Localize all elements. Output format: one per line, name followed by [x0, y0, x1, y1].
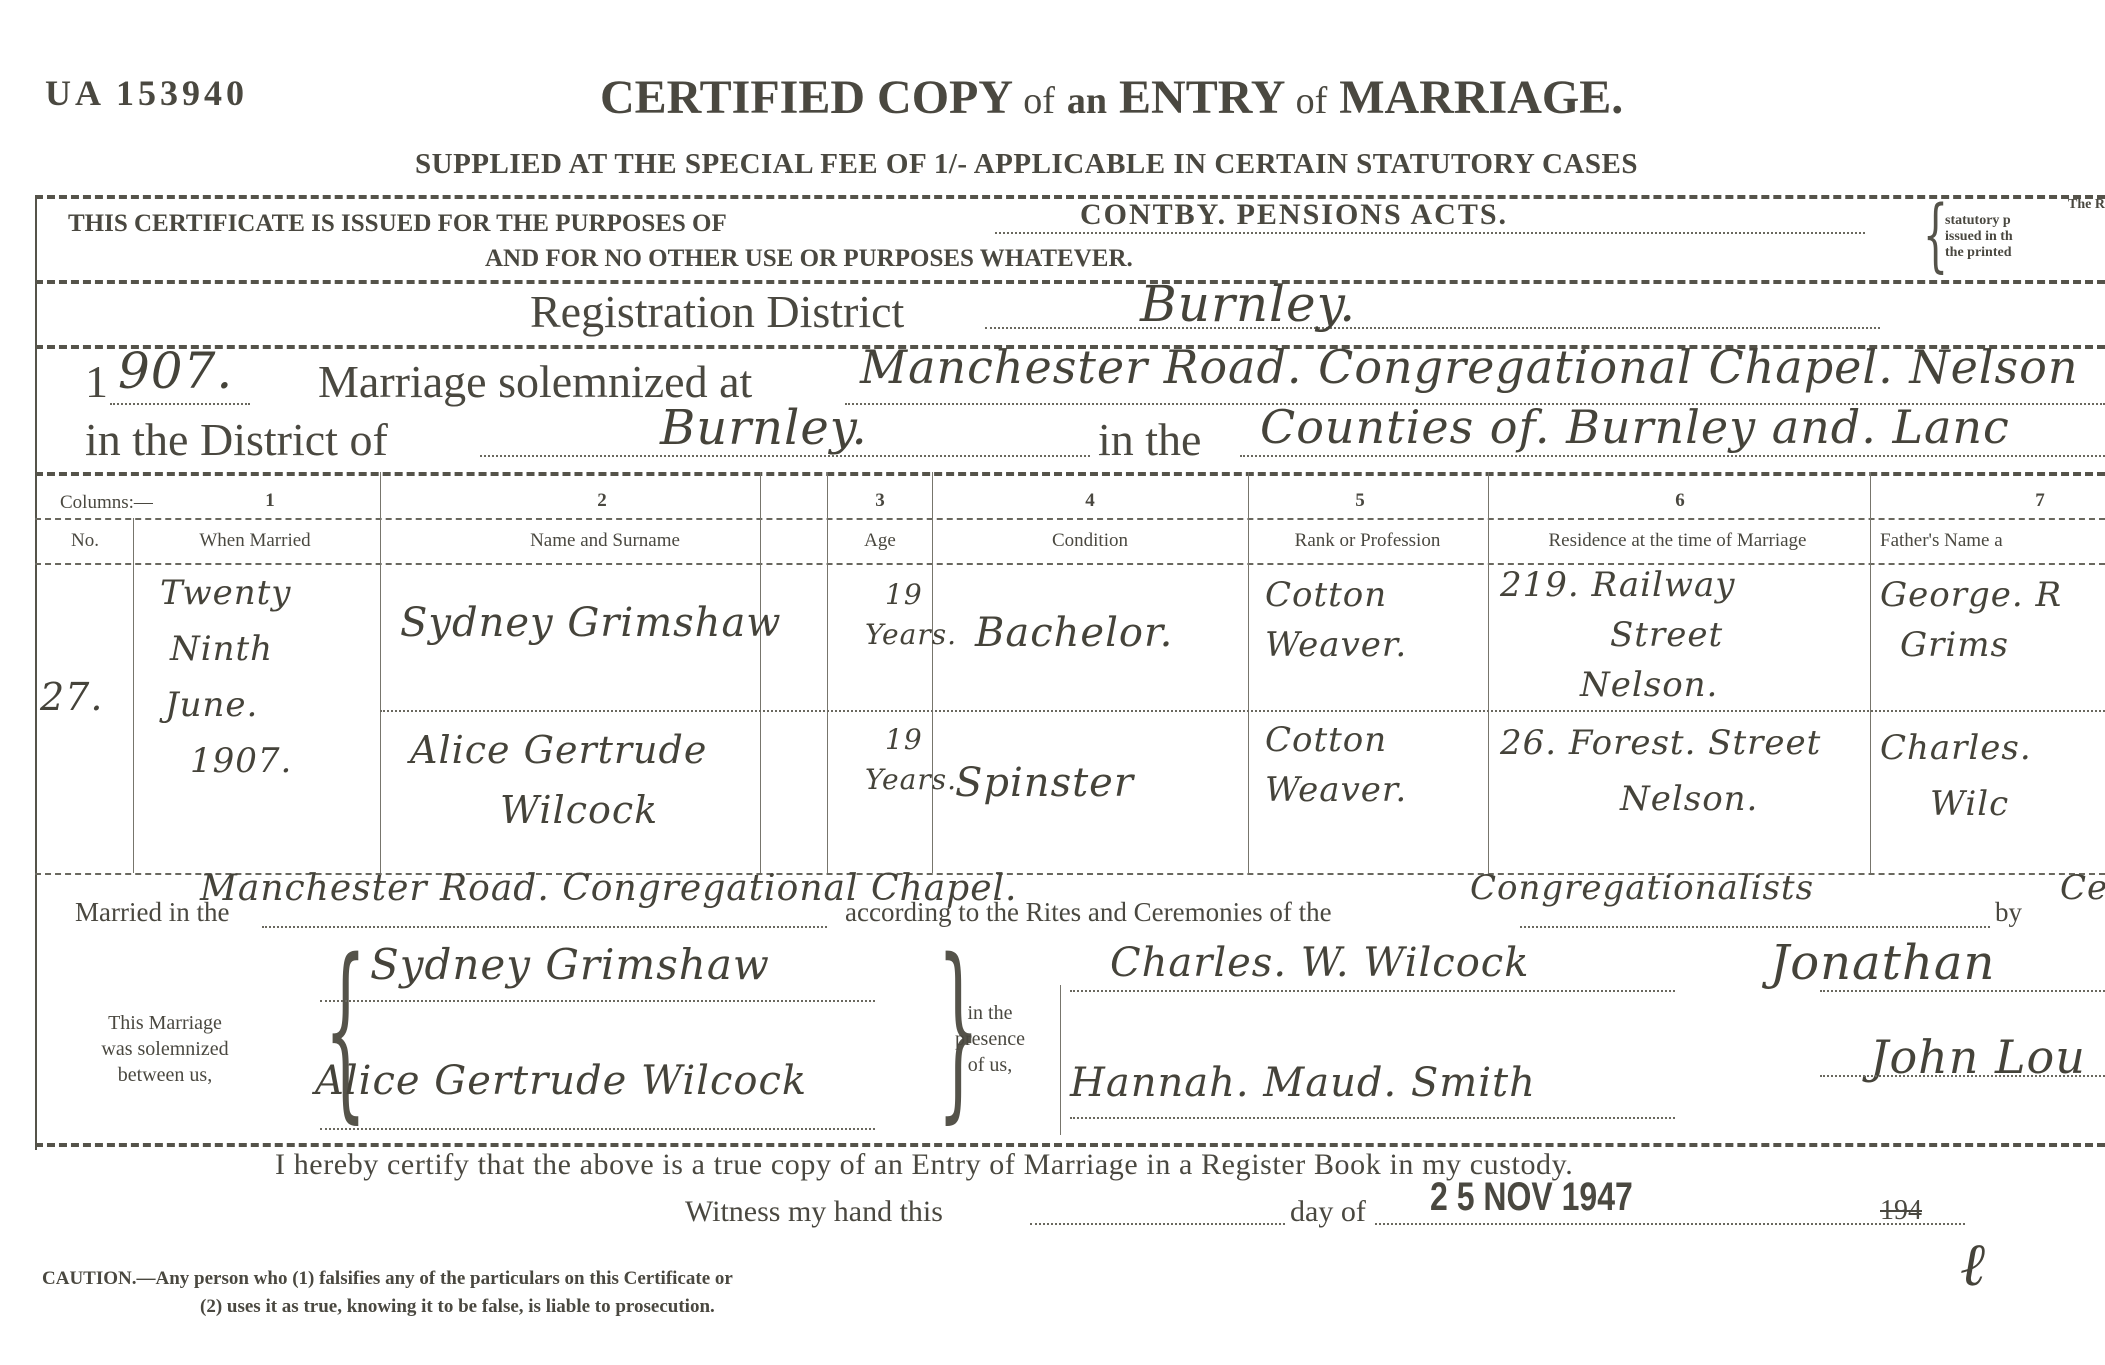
header-age: Age [830, 530, 930, 552]
registration-district-value: Burnley. [1140, 275, 1356, 333]
title-an: an [1067, 80, 1107, 122]
header-condition: Condition [935, 530, 1245, 552]
bride-father: Charles. Wilc [1880, 720, 2032, 832]
between-us-line-1: This Marriage [75, 1010, 255, 1036]
caution-line-1: CAUTION.—Any person who (1) falsifies an… [42, 1268, 733, 1290]
header-no: No. [40, 530, 130, 552]
col-divider-5 [1488, 472, 1489, 873]
column-number-rule [35, 518, 2105, 520]
counties-line [1240, 455, 2105, 457]
bride-age-value: 19 [865, 720, 957, 760]
party2-signature: Alice Gertrude Wilcock [315, 1058, 807, 1104]
column-number-7: 7 [2010, 490, 2070, 512]
bride-name: Alice Gertrude Wilcock [410, 720, 707, 840]
when-married-line-2: Ninth [160, 621, 292, 677]
groom-residence-line-3: Nelson. [1500, 660, 1736, 710]
district-of-label: in the District of [85, 413, 388, 466]
bride-residence: 26. Forest. Street Nelson. [1500, 715, 1821, 827]
year-line [110, 403, 250, 405]
counties-value: Counties of. Burnley and. Lanc [1260, 400, 2010, 454]
column-number-3: 3 [850, 490, 910, 512]
col-divider-no [133, 518, 134, 873]
column-number-5: 5 [1330, 490, 1390, 512]
presence-line-2: presence [935, 1026, 1045, 1052]
between-us-label: This Marriage was solemnized between us, [75, 1010, 255, 1088]
row-divider [380, 710, 2105, 712]
date-line [1375, 1223, 1965, 1225]
col-divider-6 [1870, 472, 1871, 873]
frame-top-rule [35, 195, 2105, 199]
between-us-line-2: was solemnized [75, 1036, 255, 1062]
side-note-line-3: issued in th [1945, 229, 2105, 245]
bride-condition: Spinster [955, 760, 1134, 806]
presence-line-1: in the [935, 1000, 1045, 1026]
witness-hand-label: Witness my hand this [685, 1195, 943, 1229]
groom-residence: 219. Railway Street Nelson. [1500, 560, 1736, 710]
groom-name: Sydney Grimshaw [400, 600, 782, 646]
title-part1: CERTIFIED COPY [600, 71, 1011, 124]
ceremony-bottom-rule [35, 1143, 2105, 1147]
column-number-2: 2 [572, 490, 632, 512]
witness-day-line [1030, 1223, 1285, 1225]
col-divider-2a [760, 472, 761, 873]
certificate-title: CERTIFIED COPY of an ENTRY of MARRIAGE. [600, 70, 1623, 125]
registration-district-line [985, 327, 1880, 329]
groom-age-unit: Years. [865, 615, 957, 655]
header-residence: Residence at the time of Marriage [1490, 530, 1865, 552]
when-married-line-1: Twenty [160, 565, 292, 621]
groom-profession-line-1: Cotton [1265, 570, 1407, 620]
bride-father-line-2: Wilc [1880, 776, 2032, 832]
columns-label: Columns:— [60, 492, 153, 514]
bride-father-line-1: Charles. [1880, 720, 2032, 776]
purpose-bottom-rule [35, 280, 2105, 284]
bride-name-line-2: Wilcock [410, 780, 707, 840]
title-of: of [1023, 80, 1055, 122]
header-bottom-rule [35, 563, 2105, 565]
groom-father-line-2: Grims [1880, 620, 2062, 670]
groom-residence-line-1: 219. Railway [1500, 560, 1736, 610]
when-married-line-4: 1907. [160, 733, 292, 789]
officiant1-line [1820, 990, 2105, 992]
bride-age: 19 Years. [865, 720, 957, 800]
year-suffix: 194 [1880, 1195, 1922, 1227]
column-number-6: 6 [1650, 490, 1710, 512]
bride-profession: Cotton Weaver. [1265, 715, 1407, 815]
marriage-solemnized-value: Manchester Road. Congregational Chapel. … [860, 340, 2078, 394]
groom-father: George. R Grims [1880, 570, 2062, 670]
title-of2: of [1296, 80, 1328, 122]
groom-condition: Bachelor. [975, 610, 1173, 656]
title-part2: ENTRY [1119, 71, 1284, 124]
col-divider-4 [1248, 472, 1249, 873]
col-divider-2 [827, 472, 828, 873]
by-label: by [1995, 897, 2022, 928]
when-married-line-3: June. [160, 677, 292, 733]
bride-profession-line-1: Cotton [1265, 715, 1407, 765]
bride-residence-line-2: Nelson. [1500, 771, 1821, 827]
header-name-and-surname: Name and Surname [385, 530, 825, 552]
witness1-signature: Charles. W. Wilcock [1110, 940, 1529, 986]
header-rank-or-profession: Rank or Profession [1250, 530, 1485, 552]
groom-residence-line-2: Street [1500, 610, 1736, 660]
officiant2-line [1820, 1075, 2105, 1077]
presence-line-3: of us, [935, 1052, 1045, 1078]
party2-line [320, 1128, 875, 1130]
bride-residence-line-1: 26. Forest. Street [1500, 715, 1821, 771]
frame-left-edge [35, 195, 37, 1150]
col-divider-3 [932, 472, 933, 873]
day-of-label: day of [1290, 1195, 1366, 1229]
groom-age-value: 19 [865, 575, 957, 615]
registration-district-label: Registration District [530, 285, 904, 338]
party1-line [320, 1000, 875, 1002]
witness1-line [1070, 990, 1675, 992]
side-note: The R statutory p issued in th the print… [1945, 197, 2105, 261]
witness2-signature: Hannah. Maud. Smith [1070, 1060, 1536, 1106]
side-note-line-1: The R [1945, 197, 2105, 213]
title-part3: MARRIAGE. [1339, 71, 1623, 124]
presence-label: in the presence of us, [935, 1000, 1045, 1078]
side-note-line-4: the printed [1945, 245, 2105, 261]
bride-age-unit: Years. [865, 760, 957, 800]
witness-left-rule [1060, 985, 1061, 1135]
groom-age: 19 Years. [865, 575, 957, 655]
witness2-line [1070, 1117, 1675, 1119]
year-value: 907. [118, 342, 233, 400]
groom-father-line-1: George. R [1880, 570, 2062, 620]
caution-line-2: (2) uses it as true, knowing it to be fa… [200, 1296, 715, 1318]
between-us-line-3: between us, [75, 1062, 255, 1088]
purpose-dotted-line [995, 232, 1865, 234]
purpose-value: CONTBY. PENSIONS ACTS. [1080, 198, 1508, 232]
according-label: according to the Rites and Ceremonies of… [845, 897, 1332, 928]
date-stamp: 2 5 NOV 1947 [1430, 1175, 1633, 1220]
district-of-value: Burnley. [660, 400, 868, 456]
header-fathers-name: Father's Name a [1880, 530, 2003, 552]
certify-text: I hereby certify that the above is a tru… [275, 1148, 1573, 1182]
serial-number: UA 153940 [45, 72, 248, 114]
party1-signature: Sydney Grimshaw [370, 940, 770, 989]
certificate-subtitle: SUPPLIED AT THE SPECIAL FEE OF 1/- APPLI… [415, 148, 1638, 181]
purpose-line-2: AND FOR NO OTHER USE OR PURPOSES WHATEVE… [485, 245, 1133, 273]
side-note-line-2: statutory p [1945, 213, 2105, 229]
column-number-1: 1 [240, 490, 300, 512]
header-when-married: When Married [135, 530, 375, 552]
bride-profession-line-2: Weaver. [1265, 765, 1407, 815]
officiant1-signature: Jonathan [1770, 935, 1995, 991]
when-married: Twenty Ninth June. 1907. [160, 565, 292, 789]
entry-number: 27. [40, 675, 103, 719]
bride-name-line-1: Alice Gertrude [410, 720, 707, 780]
registrar-signature-mark: ℓ [1960, 1230, 1986, 1300]
table-top-rule [35, 472, 2105, 476]
column-number-4: 4 [1060, 490, 1120, 512]
purpose-line-1: THIS CERTIFICATE IS ISSUED FOR THE PURPO… [68, 210, 727, 238]
groom-profession: Cotton Weaver. [1265, 570, 1407, 670]
by-value: Ce [2060, 868, 2105, 908]
rites-value: Congregationalists [1470, 868, 1814, 908]
groom-profession-line-2: Weaver. [1265, 620, 1407, 670]
in-the-label: in the [1098, 413, 1201, 466]
rites-line [1520, 926, 1990, 928]
year-prefix: 1 [85, 355, 108, 408]
col-divider-1 [380, 472, 381, 873]
